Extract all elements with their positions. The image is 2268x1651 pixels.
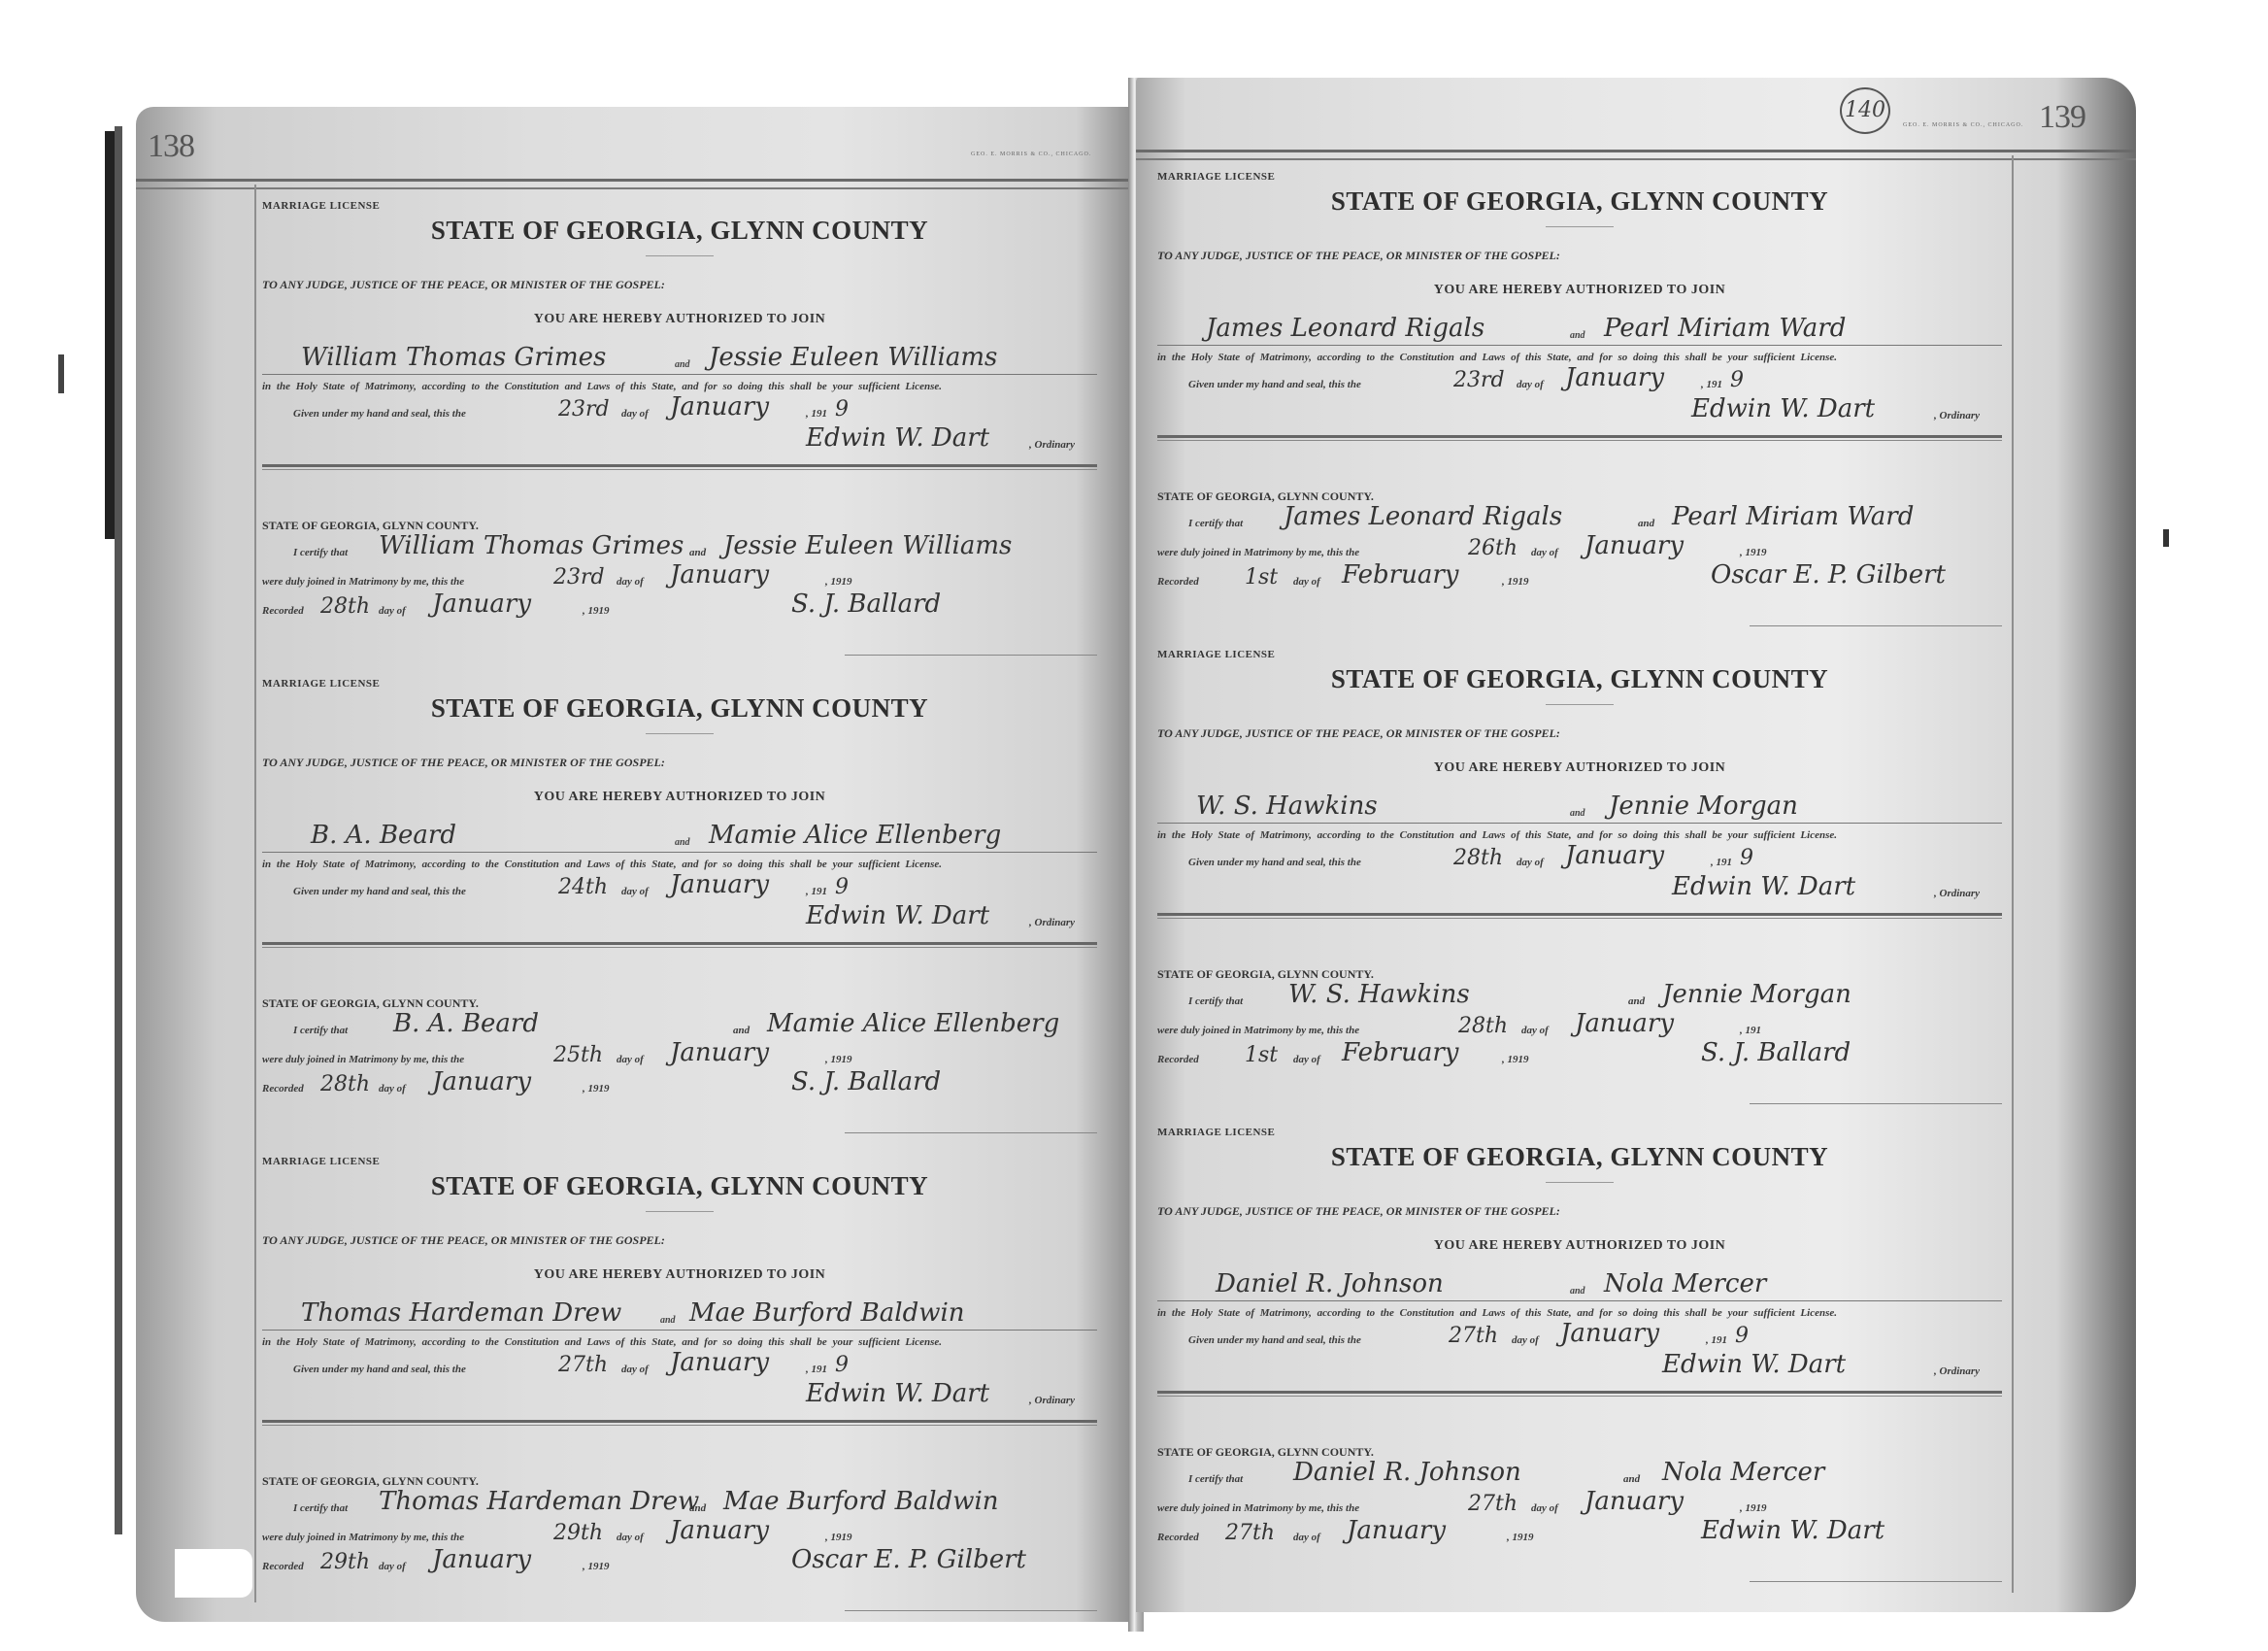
groom-name: William Thomas Grimes [301, 343, 606, 372]
and-label: and [689, 1502, 706, 1514]
section-rule [262, 464, 1097, 470]
marriage-certificate: STATE OF GEORGIA, GLYNN COUNTY. I certif… [1157, 967, 2002, 1127]
recorded-month: January [432, 1545, 531, 1574]
recorded-prefix: Recorded [1157, 576, 1199, 588]
license-body: in the Holy State of Matrimony, accordin… [262, 859, 1097, 870]
joined-row: were duly joined in Matrimony by me, thi… [1157, 1011, 2002, 1040]
license-authorized: YOU ARE HEREBY AUTHORIZED TO JOIN [262, 790, 1097, 805]
page-number: 139 [2039, 99, 2085, 136]
license-address: TO ANY JUDGE, JUSTICE OF THE PEACE, OR M… [262, 756, 1097, 770]
given-year-prefix: , 191 [806, 1364, 827, 1375]
signature-line: Edwin W. Dart , Ordinary [1157, 1350, 2002, 1381]
recorded-month: February [1342, 1038, 1458, 1067]
license-authorized: YOU ARE HEREBY AUTHORIZED TO JOIN [262, 312, 1097, 327]
given-year-digit: 9 [1735, 1324, 1749, 1348]
signature-rule [1750, 1103, 2002, 1104]
ordinary-signature: Edwin W. Dart [806, 423, 989, 453]
given-prefix: Given under my hand and seal, this the [293, 886, 466, 897]
bride-name: Jessie Euleen Williams [709, 343, 997, 372]
ordinary-title: , Ordinary [1029, 1395, 1075, 1406]
joined-day: 27th [1468, 1492, 1518, 1516]
certify-row: I certify that B. A. Beard and Mamie Ali… [262, 1011, 1097, 1040]
signature-line: Edwin W. Dart , Ordinary [1157, 872, 2002, 903]
joined-day: 28th [1458, 1014, 1508, 1038]
joined-year: , 1919 [1740, 1502, 1767, 1514]
recorded-month: January [1347, 1516, 1446, 1545]
marriage-certificate: STATE OF GEORGIA, GLYNN COUNTY. I certif… [262, 996, 1097, 1156]
section-rule [262, 942, 1097, 948]
given-year-prefix: , 191 [806, 408, 827, 420]
recorded-prefix: Recorded [262, 605, 304, 617]
marriage-certificate: STATE OF GEORGIA, GLYNN COUNTY. I certif… [1157, 1445, 2002, 1604]
certify-prefix: I certify that [1188, 995, 1243, 1007]
given-day: 28th [1453, 846, 1503, 870]
given-month: January [1565, 363, 1664, 392]
certify-row: I certify that Daniel R. Johnson and Nol… [1157, 1460, 2002, 1489]
and-label: and [1623, 1473, 1640, 1485]
marriage-certificate: STATE OF GEORGIA, GLYNN COUNTY. I certif… [1157, 489, 2002, 649]
and-label: and [1570, 808, 1585, 819]
license-authorized: YOU ARE HEREBY AUTHORIZED TO JOIN [1157, 760, 2002, 776]
given-year-digit: 9 [835, 1353, 849, 1377]
joined-row: were duly joined in Matrimony by me, thi… [1157, 1489, 2002, 1518]
certify-prefix: I certify that [1188, 1473, 1243, 1485]
given-year-prefix: , 191 [1711, 857, 1732, 868]
day-of-label: day of [1293, 576, 1320, 588]
and-label: and [1570, 330, 1585, 341]
recorded-month: February [1342, 560, 1458, 590]
given-day: 23rd [1453, 368, 1505, 392]
marriage-license: MARRIAGE LICENSE STATE OF GEORGIA, GLYNN… [1157, 649, 2002, 960]
divider [1546, 704, 1614, 705]
divider [646, 733, 714, 734]
certificate-title: STATE OF GEORGIA, GLYNN COUNTY. [1157, 967, 2002, 982]
groom-name: B. A. Beard [393, 1009, 539, 1038]
given-day: 27th [558, 1353, 608, 1377]
ordinary-title: , Ordinary [1029, 439, 1075, 451]
printer-imprint: GEO. E. MORRIS & CO., CHICAGO. [971, 152, 1091, 157]
day-of-label: day of [617, 1532, 644, 1543]
day-of-label: day of [1517, 857, 1544, 868]
ordinary-signature: Edwin W. Dart [1672, 872, 1855, 901]
recorded-year: , 1919 [583, 1561, 610, 1572]
given-year-prefix: , 191 [806, 886, 827, 897]
day-of-label: day of [1293, 1054, 1320, 1065]
and-label: and [675, 359, 690, 370]
groom-name: W. S. Hawkins [1288, 980, 1470, 1009]
page-number: 138 [148, 128, 194, 165]
signature-rule [845, 1610, 1097, 1611]
joined-month: January [670, 560, 769, 590]
and-label: and [1628, 995, 1645, 1007]
certify-prefix: I certify that [293, 1025, 348, 1036]
license-header: MARRIAGE LICENSE [262, 678, 1097, 690]
joined-prefix: were duly joined in Matrimony by me, thi… [262, 1532, 464, 1543]
given-year-digit: 9 [1740, 846, 1753, 870]
license-title: STATE OF GEORGIA, GLYNN COUNTY [1157, 186, 2002, 217]
recorded-year: , 1919 [1502, 1054, 1529, 1065]
recorded-day: 1st [1245, 1043, 1278, 1067]
joined-row: were duly joined in Matrimony by me, thi… [262, 1518, 1097, 1547]
joined-year: , 1919 [825, 576, 852, 588]
day-of-label: day of [1531, 547, 1558, 558]
ordinary-signature: Edwin W. Dart [1662, 1350, 1846, 1379]
recorded-month: January [432, 590, 531, 619]
bride-name: Pearl Miriam Ward [1672, 502, 1914, 531]
license-title: STATE OF GEORGIA, GLYNN COUNTY [1157, 664, 2002, 694]
joined-day: 25th [553, 1043, 603, 1067]
license-header: MARRIAGE LICENSE [1157, 1127, 2002, 1138]
section-rule [1157, 1391, 2002, 1397]
scan-artifact [105, 131, 115, 539]
license-body: in the Holy State of Matrimony, accordin… [1157, 1307, 2002, 1319]
marriage-license: MARRIAGE LICENSE STATE OF GEORGIA, GLYNN… [262, 200, 1097, 511]
divider [646, 255, 714, 256]
certify-prefix: I certify that [293, 1502, 348, 1514]
bride-name: Mae Burford Baldwin [723, 1487, 999, 1516]
bride-name: Jennie Morgan [1662, 980, 1851, 1009]
recorded-day: 29th [320, 1550, 370, 1574]
given-month: January [670, 392, 769, 421]
given-year-digit: 9 [1730, 368, 1744, 392]
signature-rule [1750, 625, 2002, 626]
given-year-prefix: , 191 [1706, 1334, 1727, 1346]
bride-name: Pearl Miriam Ward [1604, 314, 1846, 343]
given-prefix: Given under my hand and seal, this the [1188, 1334, 1361, 1346]
section-rule [1157, 913, 2002, 919]
given-year-prefix: , 191 [1701, 379, 1722, 390]
day-of-label: day of [379, 1083, 406, 1095]
officiant-signature: S. J. Ballard [1701, 1038, 1851, 1067]
recorded-year: , 1919 [583, 1083, 610, 1095]
signature-line: Edwin W. Dart , Ordinary [262, 901, 1097, 932]
joined-prefix: were duly joined in Matrimony by me, thi… [1157, 547, 1359, 558]
day-of-label: day of [1531, 1502, 1558, 1514]
certify-row: I certify that James Leonard Rigals and … [1157, 504, 2002, 533]
license-header: MARRIAGE LICENSE [262, 1156, 1097, 1167]
ordinary-signature: Edwin W. Dart [1691, 394, 1875, 423]
given-day: 23rd [558, 397, 610, 421]
recorded-prefix: Recorded [1157, 1054, 1199, 1065]
signature-rule [1750, 1581, 2002, 1582]
recorded-row: Recorded 28th day of January , 1919 S. J… [262, 1069, 1097, 1098]
license-title: STATE OF GEORGIA, GLYNN COUNTY [262, 693, 1097, 724]
license-header: MARRIAGE LICENSE [262, 200, 1097, 212]
right-page: 140 GEO. E. MORRIS & CO., CHICAGO. 139 M… [1136, 78, 2136, 1612]
license-authorized: YOU ARE HEREBY AUTHORIZED TO JOIN [1157, 1238, 2002, 1254]
recorded-year: , 1919 [583, 605, 610, 617]
day-of-label: day of [617, 576, 644, 588]
certify-row: I certify that Thomas Hardeman Drew and … [262, 1489, 1097, 1518]
ordinary-signature: Edwin W. Dart [806, 1379, 989, 1408]
joined-row: were duly joined in Matrimony by me, thi… [262, 562, 1097, 591]
names-line: B. A. Beard and Mamie Alice Ellenberg [262, 813, 1097, 853]
recorded-row: Recorded 29th day of January , 1919 Osca… [262, 1547, 1097, 1576]
license-body: in the Holy State of Matrimony, accordin… [262, 381, 1097, 392]
header-rule [1136, 150, 2136, 160]
margin-line [2012, 155, 2014, 1593]
recorded-row: Recorded 1st day of February , 1919 S. J… [1157, 1040, 2002, 1069]
recorded-day: 28th [320, 594, 370, 619]
ordinary-title: , Ordinary [1029, 917, 1075, 928]
license-header: MARRIAGE LICENSE [1157, 649, 2002, 660]
given-line: Given under my hand and seal, this the 2… [262, 1352, 1097, 1379]
joined-day: 29th [553, 1521, 603, 1545]
given-line: Given under my hand and seal, this the 2… [262, 396, 1097, 423]
groom-name: B. A. Beard [311, 821, 456, 850]
joined-prefix: were duly joined in Matrimony by me, thi… [1157, 1502, 1359, 1514]
day-of-label: day of [1293, 1532, 1320, 1543]
recorded-year: , 1919 [1502, 576, 1529, 588]
scan-artifact [58, 354, 64, 393]
ordinary-signature: Edwin W. Dart [806, 901, 989, 930]
recorded-day: 28th [320, 1072, 370, 1096]
given-line: Given under my hand and seal, this the 2… [1157, 367, 2002, 394]
license-authorized: YOU ARE HEREBY AUTHORIZED TO JOIN [1157, 283, 2002, 298]
marriage-certificate: STATE OF GEORGIA, GLYNN COUNTY. I certif… [262, 519, 1097, 678]
joined-year: , 1919 [825, 1054, 852, 1065]
license-address: TO ANY JUDGE, JUSTICE OF THE PEACE, OR M… [262, 1233, 1097, 1248]
groom-name: Daniel R. Johnson [1293, 1458, 1521, 1487]
divider [646, 1211, 714, 1212]
marriage-license: MARRIAGE LICENSE STATE OF GEORGIA, GLYNN… [262, 1156, 1097, 1466]
header-rule [136, 179, 1136, 189]
scan-artifact [115, 126, 122, 1534]
license-title: STATE OF GEORGIA, GLYNN COUNTY [262, 216, 1097, 246]
left-page: 138 GEO. E. MORRIS & CO., CHICAGO. MARRI… [136, 107, 1136, 1622]
bride-name: Mae Burford Baldwin [689, 1298, 965, 1328]
day-of-label: day of [379, 1561, 406, 1572]
bride-name: Jennie Morgan [1609, 792, 1798, 821]
marriage-license: MARRIAGE LICENSE STATE OF GEORGIA, GLYNN… [1157, 171, 2002, 482]
officiant-signature: Oscar E. P. Gilbert [791, 1545, 1026, 1574]
day-of-label: day of [1521, 1025, 1549, 1036]
groom-name: Thomas Hardeman Drew [379, 1487, 699, 1516]
certificate-title: STATE OF GEORGIA, GLYNN COUNTY. [1157, 1445, 2002, 1460]
certify-row: I certify that W. S. Hawkins and Jennie … [1157, 982, 2002, 1011]
recorded-prefix: Recorded [262, 1561, 304, 1572]
given-prefix: Given under my hand and seal, this the [293, 1364, 466, 1375]
ordinary-title: , Ordinary [1934, 1365, 1980, 1377]
circled-page-annotation: 140 [1840, 87, 1890, 134]
license-authorized: YOU ARE HEREBY AUTHORIZED TO JOIN [262, 1267, 1097, 1283]
joined-prefix: were duly joined in Matrimony by me, thi… [262, 1054, 464, 1065]
recorded-year: , 1919 [1507, 1532, 1534, 1543]
right-page-content: MARRIAGE LICENSE STATE OF GEORGIA, GLYNN… [1157, 171, 2002, 1604]
license-title: STATE OF GEORGIA, GLYNN COUNTY [1157, 1142, 2002, 1172]
groom-name: W. S. Hawkins [1196, 792, 1378, 821]
joined-year: , 191 [1740, 1025, 1761, 1036]
recorded-row: Recorded 1st day of February , 1919 Osca… [1157, 562, 2002, 591]
recorded-prefix: Recorded [262, 1083, 304, 1095]
certify-row: I certify that William Thomas Grimes and… [262, 533, 1097, 562]
names-line: Thomas Hardeman Drew and Mae Burford Bal… [262, 1291, 1097, 1331]
groom-name: Daniel R. Johnson [1216, 1269, 1444, 1298]
license-body: in the Holy State of Matrimony, accordin… [1157, 352, 2002, 363]
bride-name: Mamie Alice Ellenberg [767, 1009, 1059, 1038]
recorded-row: Recorded 28th day of January , 1919 S. J… [262, 591, 1097, 621]
scan-artifact [175, 1549, 252, 1598]
ordinary-title: , Ordinary [1934, 410, 1980, 421]
given-prefix: Given under my hand and seal, this the [1188, 379, 1361, 390]
joined-month: January [670, 1516, 769, 1545]
names-line: W. S. Hawkins and Jennie Morgan [1157, 784, 2002, 824]
given-day: 24th [558, 875, 608, 899]
license-address: TO ANY JUDGE, JUSTICE OF THE PEACE, OR M… [1157, 1204, 2002, 1219]
marriage-certificate: STATE OF GEORGIA, GLYNN COUNTY. I certif… [262, 1474, 1097, 1634]
groom-name: Thomas Hardeman Drew [301, 1298, 621, 1328]
given-line: Given under my hand and seal, this the 2… [1157, 845, 2002, 872]
recorded-day: 1st [1245, 565, 1278, 590]
joined-day: 23rd [553, 565, 605, 590]
bride-name: Nola Mercer [1604, 1269, 1766, 1298]
groom-name: James Leonard Rigals [1284, 502, 1562, 531]
given-day: 27th [1449, 1324, 1498, 1348]
joined-month: January [1575, 1009, 1674, 1038]
given-prefix: Given under my hand and seal, this the [1188, 857, 1361, 868]
officiant-signature: S. J. Ballard [791, 1067, 941, 1096]
and-label: and [675, 837, 690, 848]
printer-imprint: GEO. E. MORRIS & CO., CHICAGO. [1903, 122, 2023, 128]
day-of-label: day of [617, 1054, 644, 1065]
certify-prefix: I certify that [293, 547, 348, 558]
names-line: Daniel R. Johnson and Nola Mercer [1157, 1262, 2002, 1301]
license-header: MARRIAGE LICENSE [1157, 171, 2002, 183]
officiant-signature: Oscar E. P. Gilbert [1711, 560, 1946, 590]
joined-year: , 1919 [1740, 547, 1767, 558]
officiant-signature: Edwin W. Dart [1701, 1516, 1884, 1545]
and-label: and [1638, 518, 1654, 529]
marriage-license: MARRIAGE LICENSE STATE OF GEORGIA, GLYNN… [262, 678, 1097, 989]
joined-month: January [670, 1038, 769, 1067]
license-title: STATE OF GEORGIA, GLYNN COUNTY [262, 1171, 1097, 1201]
certify-prefix: I certify that [1188, 518, 1243, 529]
margin-line [254, 185, 256, 1602]
signature-rule [845, 655, 1097, 656]
joined-prefix: were duly joined in Matrimony by me, thi… [262, 576, 464, 588]
groom-name: James Leonard Rigals [1206, 314, 1484, 343]
given-month: January [1565, 841, 1664, 870]
divider [1546, 226, 1614, 227]
day-of-label: day of [1517, 379, 1544, 390]
given-month: January [670, 1348, 769, 1377]
ordinary-title: , Ordinary [1934, 888, 1980, 899]
and-label: and [1570, 1286, 1585, 1297]
marriage-license: MARRIAGE LICENSE STATE OF GEORGIA, GLYNN… [1157, 1127, 2002, 1437]
left-page-content: MARRIAGE LICENSE STATE OF GEORGIA, GLYNN… [262, 200, 1097, 1634]
joined-prefix: were duly joined in Matrimony by me, thi… [1157, 1025, 1359, 1036]
day-of-label: day of [1512, 1334, 1539, 1346]
and-label: and [733, 1025, 750, 1036]
license-body: in the Holy State of Matrimony, accordin… [262, 1336, 1097, 1348]
bride-name: Nola Mercer [1662, 1458, 1824, 1487]
day-of-label: day of [621, 408, 649, 420]
joined-month: January [1584, 531, 1684, 560]
license-address: TO ANY JUDGE, JUSTICE OF THE PEACE, OR M… [262, 278, 1097, 292]
joined-month: January [1584, 1487, 1684, 1516]
day-of-label: day of [621, 886, 649, 897]
license-address: TO ANY JUDGE, JUSTICE OF THE PEACE, OR M… [1157, 249, 2002, 263]
names-line: William Thomas Grimes and Jessie Euleen … [262, 335, 1097, 375]
names-line: James Leonard Rigals and Pearl Miriam Wa… [1157, 306, 2002, 346]
signature-line: Edwin W. Dart , Ordinary [262, 1379, 1097, 1410]
section-rule [1157, 435, 2002, 441]
recorded-day: 27th [1225, 1521, 1275, 1545]
given-line: Given under my hand and seal, this the 2… [262, 874, 1097, 901]
joined-row: were duly joined in Matrimony by me, thi… [1157, 533, 2002, 562]
signature-rule [845, 1132, 1097, 1133]
recorded-row: Recorded 27th day of January , 1919 Edwi… [1157, 1518, 2002, 1547]
and-label: and [660, 1315, 676, 1326]
license-body: in the Holy State of Matrimony, accordin… [1157, 829, 2002, 841]
joined-row: were duly joined in Matrimony by me, thi… [262, 1040, 1097, 1069]
bride-name: Mamie Alice Ellenberg [709, 821, 1001, 850]
given-month: January [670, 870, 769, 899]
bride-name: Jessie Euleen Williams [723, 531, 1012, 560]
officiant-signature: S. J. Ballard [791, 590, 941, 619]
given-month: January [1560, 1319, 1659, 1348]
signature-line: Edwin W. Dart , Ordinary [1157, 394, 2002, 425]
given-prefix: Given under my hand and seal, this the [293, 408, 466, 420]
joined-year: , 1919 [825, 1532, 852, 1543]
and-label: and [689, 547, 706, 558]
given-year-digit: 9 [835, 875, 849, 899]
divider [1546, 1182, 1614, 1183]
day-of-label: day of [379, 605, 406, 617]
day-of-label: day of [621, 1364, 649, 1375]
signature-line: Edwin W. Dart , Ordinary [262, 423, 1097, 455]
ledger-spread: 138 GEO. E. MORRIS & CO., CHICAGO. MARRI… [136, 78, 2136, 1632]
joined-day: 26th [1468, 536, 1518, 560]
section-rule [262, 1420, 1097, 1426]
scan-artifact [2163, 529, 2169, 547]
license-address: TO ANY JUDGE, JUSTICE OF THE PEACE, OR M… [1157, 726, 2002, 741]
given-line: Given under my hand and seal, this the 2… [1157, 1323, 2002, 1350]
recorded-prefix: Recorded [1157, 1532, 1199, 1543]
recorded-month: January [432, 1067, 531, 1096]
groom-name: William Thomas Grimes [379, 531, 684, 560]
given-year-digit: 9 [835, 397, 849, 421]
